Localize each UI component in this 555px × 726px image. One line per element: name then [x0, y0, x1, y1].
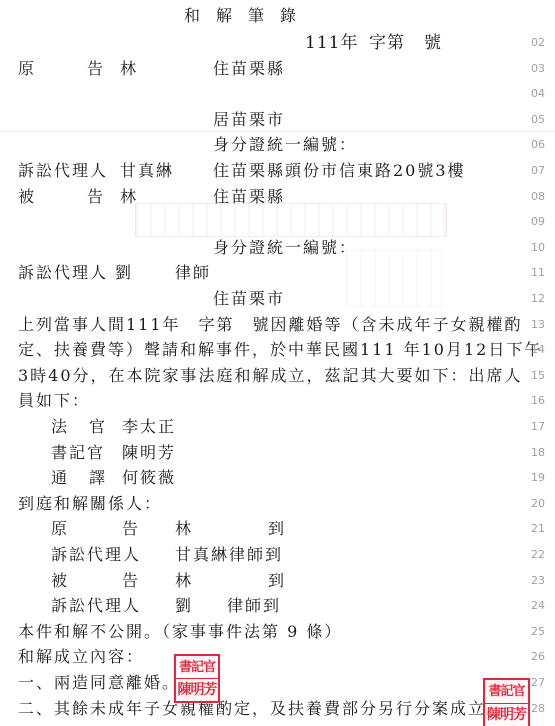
line-number: 20 [531, 493, 545, 515]
line-number: 16 [531, 390, 545, 412]
plaintiff-agent-address: 住苗栗縣頭份市信東路20號3樓 [213, 160, 466, 182]
present-defendant-status: 到 [268, 570, 286, 592]
seal-name: 陳明芳 [485, 703, 528, 726]
present-plaintiff-agent-role: 訴訟代理人 [51, 544, 141, 566]
defendant-agent-title: 律師 [175, 262, 211, 284]
intro-text: 員如下： [18, 390, 90, 412]
term-text: 二、其餘未成年子女親權酌定，及扶養費部分另行分案成立。 [18, 698, 504, 720]
line-number: 22 [531, 544, 545, 566]
line-number: 21 [531, 518, 545, 540]
line-number: 09 [531, 211, 545, 233]
scan-artifact-rule [0, 131, 555, 132]
defendant-agent-address: 住苗栗市 [213, 288, 285, 310]
clerk-seal-stamp: 書記官 陳明芳 [483, 678, 530, 726]
defendant-agent-role: 訴訟代理人 [18, 262, 108, 284]
case-number-line: 111年 字第 號 02 [0, 32, 555, 54]
clerk-name: 陳明芳 [122, 442, 176, 464]
case-year: 111年 [305, 32, 358, 54]
line-number: 23 [531, 570, 545, 592]
present-label: 到庭和解關係人： [18, 493, 162, 515]
blank-line: 04 [0, 83, 555, 105]
document-title-line: 和 解 筆 錄 [0, 5, 555, 27]
line-number: 12 [531, 288, 545, 310]
present-plaintiff-status: 到 [268, 518, 286, 540]
line-number: 11 [531, 262, 545, 284]
plaintiff-role-2: 告 [87, 58, 105, 80]
interpreter-role-1: 通 [51, 467, 69, 489]
present-plaintiff-role-2: 告 [122, 518, 140, 540]
line-number: 14 [531, 339, 545, 361]
clerk-role: 書記官 [51, 442, 105, 464]
plaintiff-agent-line: 訴訟代理人 甘真綝 住苗栗縣頭份市信東路20號3樓 07 [0, 160, 555, 182]
present-defendant-agent-name: 劉 [175, 595, 193, 617]
plaintiff-id-line: 身分證統一編號： 06 [0, 134, 555, 156]
judge-role-2: 官 [89, 416, 107, 438]
present-defendant-agent-line: 訴訟代理人 劉 律師到 24 [0, 595, 555, 617]
present-plaintiff-name: 林 [175, 518, 193, 540]
present-defendant-agent-role: 訴訟代理人 [51, 595, 141, 617]
interpreter-name: 何筱薇 [122, 467, 176, 489]
line-number: 02 [531, 32, 545, 54]
present-plaintiff-agent-line: 訴訟代理人 甘真綝律師到 22 [0, 544, 555, 566]
plaintiff-address: 住苗栗縣 [213, 58, 285, 80]
present-defendant-role-1: 被 [51, 570, 69, 592]
line-number: 24 [531, 595, 545, 617]
line-number: 25 [531, 621, 545, 643]
defendant-id-label: 身分證統一編號： [213, 237, 357, 259]
plaintiff-agent-name: 甘真綝 [120, 160, 174, 182]
line-number: 06 [531, 134, 545, 156]
line-number: 15 [531, 365, 545, 387]
defendant-id-line: 身分證統一編號： 10 [0, 237, 555, 259]
plaintiff-id-label: 身分證統一編號： [213, 134, 357, 156]
intro-text: 定、扶養費等）聲請和解事件，於中華民國111 年10月12日下午 [18, 339, 542, 361]
defendant-agent-line: 訴訟代理人 劉 律師 11 [0, 262, 555, 284]
attendee-interpreter-line: 通 譯 何筱薇 19 [0, 467, 555, 489]
intro-line: 定、扶養費等）聲請和解事件，於中華民國111 年10月12日下午 14 [0, 339, 555, 361]
plaintiff-residence-line: 居苗栗市 05 [0, 109, 555, 131]
intro-text: 3時40分，在本院家事法庭和解成立，茲記其大要如下：出席人 [18, 365, 523, 387]
present-plaintiff-line: 原 告 林 到 21 [0, 518, 555, 540]
privacy-note-line: 本件和解不公開。（家事事件法第 9 條） 25 [0, 621, 555, 643]
case-number: 號 [424, 32, 442, 54]
intro-line: 3時40分，在本院家事法庭和解成立，茲記其大要如下：出席人 15 [0, 365, 555, 387]
line-number: 08 [531, 186, 545, 208]
privacy-note: 本件和解不公開。（家事事件法第 9 條） [18, 621, 342, 643]
line-number: 26 [531, 646, 545, 668]
present-defendant-agent-title-status: 律師到 [227, 595, 281, 617]
judge-name: 李太正 [122, 416, 176, 438]
line-number: 28 [531, 698, 545, 720]
line-number: 13 [531, 314, 545, 336]
plaintiff-agent-role: 訴訟代理人 [18, 160, 108, 182]
present-defendant-role-2: 告 [122, 570, 140, 592]
attendee-judge-line: 法 官 李太正 17 [0, 416, 555, 438]
line-number: 19 [531, 467, 545, 489]
defendant-address: 住苗栗縣 [213, 186, 285, 208]
present-defendant-name: 林 [175, 570, 193, 592]
judge-role-1: 法 [51, 416, 69, 438]
plaintiff-residence: 居苗栗市 [213, 109, 285, 131]
plaintiff-line: 原 告 林 住苗栗縣 03 [0, 58, 555, 80]
line-number: 18 [531, 442, 545, 464]
intro-line: 上列當事人間111年 字第 號因離婚等（含未成年子女親權酌 13 [0, 314, 555, 336]
defendant-role-1: 被 [18, 186, 36, 208]
line-number: 04 [531, 83, 545, 105]
defendant-role-2: 告 [87, 186, 105, 208]
content-label-line: 和解成立內容： 26 [0, 646, 555, 668]
seal-title: 書記官 [176, 656, 218, 678]
present-plaintiff-agent-name-status: 甘真綝律師到 [175, 544, 283, 566]
clerk-seal-stamp: 書記官 陳明芳 [174, 654, 220, 703]
present-plaintiff-role-1: 原 [51, 518, 69, 540]
defendant-line: 被 告 林 住苗栗縣 08 [0, 186, 555, 208]
present-defendant-line: 被 告 林 到 23 [0, 570, 555, 592]
seal-title: 書記官 [485, 680, 528, 703]
plaintiff-name: 林 [120, 58, 138, 80]
line-number: 17 [531, 416, 545, 438]
term-line: 一、兩造同意離婚。 27 [0, 672, 555, 694]
term-text: 一、兩造同意離婚。 [18, 672, 180, 694]
interpreter-role-2: 譯 [89, 467, 107, 489]
seal-name: 陳明芳 [176, 678, 218, 701]
line-number: 05 [531, 109, 545, 131]
settlement-record-page: 和 解 筆 錄 111年 字第 號 02 原 告 林 住苗栗縣 03 04 居苗… [0, 0, 555, 726]
present-label-line: 到庭和解關係人： 20 [0, 493, 555, 515]
plaintiff-role-1: 原 [18, 58, 36, 80]
intro-text: 上列當事人間111年 字第 號因離婚等（含未成年子女親權酌 [18, 314, 523, 336]
defendant-name: 林 [120, 186, 138, 208]
attendee-clerk-line: 書記官 陳明芳 18 [0, 442, 555, 464]
line-number: 07 [531, 160, 545, 182]
document-title: 和 解 筆 錄 [184, 5, 296, 27]
line-number: 27 [531, 672, 545, 694]
content-label: 和解成立內容： [18, 646, 144, 668]
term-line: 二、其餘未成年子女親權酌定，及扶養費部分另行分案成立。 28 [0, 698, 555, 720]
intro-line: 員如下： 16 [0, 390, 555, 412]
defendant-agent-name: 劉 [115, 262, 133, 284]
case-word: 字第 [369, 32, 405, 54]
defendant-agent-address-line: 住苗栗市 12 [0, 288, 555, 310]
blank-line: 09 [0, 211, 555, 233]
line-number: 10 [531, 237, 545, 259]
line-number: 03 [531, 58, 545, 80]
